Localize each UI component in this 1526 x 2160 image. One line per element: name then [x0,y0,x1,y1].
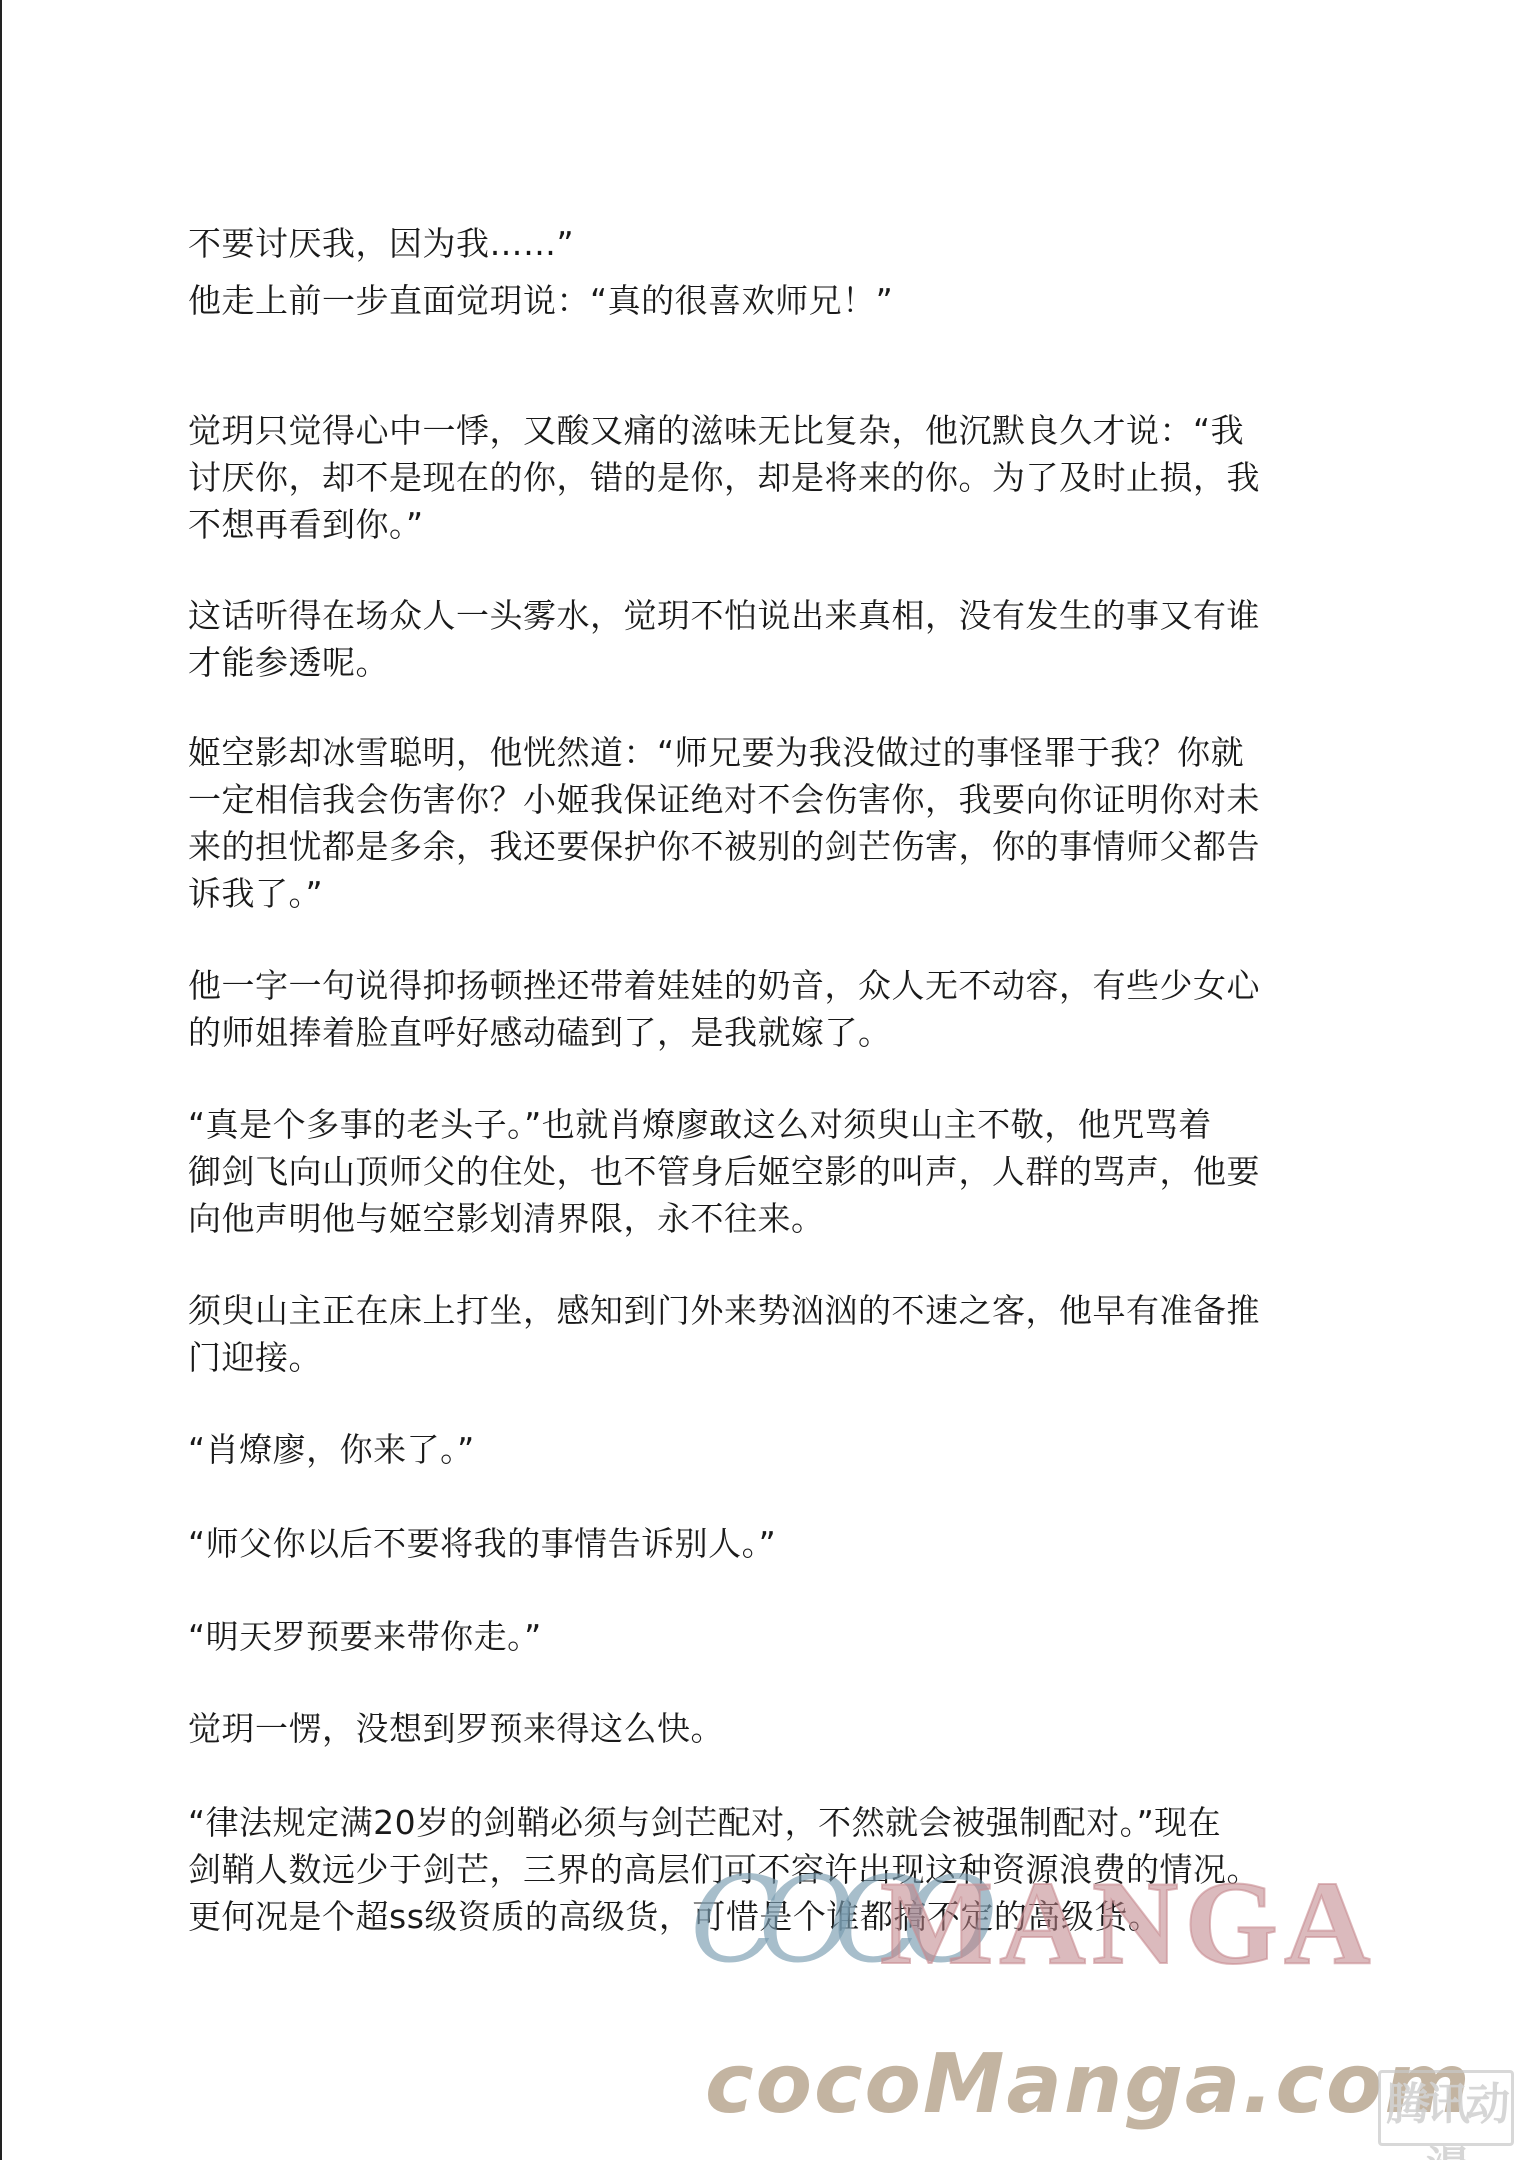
paragraph: 他一字一句说得抑扬顿挫还带着娃娃的奶音，众人无不动容，有些少女心的师姐捧着脸直呼… [188,962,1348,1056]
text-line: 他走上前一步直面觉玥说：“真的很喜欢师兄！” [188,277,1348,324]
text-line: 不要讨厌我，因为我……” [188,220,1348,267]
text-line: “师父你以后不要将我的事情告诉别人。” [188,1520,1348,1567]
site-url-watermark: cocoManga.com [705,2040,1472,2130]
paragraph: 姬空影却冰雪聪明，他恍然道：“师兄要为我没做过的事怪罪于我？你就一定相信我会伤害… [188,729,1348,917]
text-line: 的师姐捧着脸直呼好感动磕到了，是我就嫁了。 [188,1009,1348,1056]
text-line: 剑鞘人数远少于剑芒，三界的高层们可不容许出现这种资源浪费的情况。 [188,1846,1348,1893]
text-line: 来的担忧都是多余，我还要保护你不被别的剑芒伤害，你的事情师父都告 [188,823,1348,870]
text-line: “真是个多事的老头子。”也就肖燎廖敢这么对须臾山主不敬，他咒骂着 [188,1101,1348,1148]
text-line: 御剑飞向山顶师父的住处，也不管身后姬空影的叫声，人群的骂声，他要 [188,1148,1348,1195]
paragraph: 觉玥一愣，没想到罗预来得这么快。 [188,1705,1348,1752]
paragraph: 不要讨厌我，因为我……” [188,220,1348,267]
paragraph: “肖燎廖，你来了。” [188,1426,1348,1473]
text-line: 才能参透呢。 [188,639,1348,686]
paragraph: 须臾山主正在床上打坐，感知到门外来势汹汹的不速之客，他早有准备推门迎接。 [188,1287,1348,1381]
text-line: 向他声明他与姬空影划清界限，永不往来。 [188,1195,1348,1242]
text-line: 不想再看到你。” [188,501,1348,548]
paragraph: 他走上前一步直面觉玥说：“真的很喜欢师兄！” [188,277,1348,324]
text-line: 他一字一句说得抑扬顿挫还带着娃娃的奶音，众人无不动容，有些少女心 [188,962,1348,1009]
paragraph: “律法规定满20岁的剑鞘必须与剑芒配对，不然就会被强制配对。”现在剑鞘人数远少于… [188,1799,1348,1940]
text-line: 讨厌你，却不是现在的你，错的是你，却是将来的你。为了及时止损，我 [188,454,1348,501]
text-line: 诉我了。” [188,870,1348,917]
text-line: 姬空影却冰雪聪明，他恍然道：“师兄要为我没做过的事怪罪于我？你就 [188,729,1348,776]
text-line: 须臾山主正在床上打坐，感知到门外来势汹汹的不速之客，他早有准备推 [188,1287,1348,1334]
text-line: 更何况是个超ss级资质的高级货，可惜是个谁都搞不定的高级货。 [188,1893,1348,1940]
page-left-border [0,0,2,2160]
text-line: “律法规定满20岁的剑鞘必须与剑芒配对，不然就会被强制配对。”现在 [188,1799,1348,1846]
paragraph: “师父你以后不要将我的事情告诉别人。” [188,1520,1348,1567]
text-line: “明天罗预要来带你走。” [188,1613,1348,1660]
paragraph: “明天罗预要来带你走。” [188,1613,1348,1660]
text-line: 觉玥只觉得心中一悸，又酸又痛的滋味无比复杂，他沉默良久才说：“我 [188,407,1348,454]
paragraph: 觉玥只觉得心中一悸，又酸又痛的滋味无比复杂，他沉默良久才说：“我讨厌你，却不是现… [188,407,1348,548]
text-line: 门迎接。 [188,1334,1348,1381]
paragraph: “真是个多事的老头子。”也就肖燎廖敢这么对须臾山主不敬，他咒骂着御剑飞向山顶师父… [188,1101,1348,1242]
text-line: 觉玥一愣，没想到罗预来得这么快。 [188,1705,1348,1752]
paragraph: 这话听得在场众人一头雾水，觉玥不怕说出来真相，没有发生的事又有谁才能参透呢。 [188,592,1348,686]
text-line: “肖燎廖，你来了。” [188,1426,1348,1473]
tencent-comics-logo-icon: 腾讯动漫 [1378,2070,1514,2146]
text-line: 这话听得在场众人一头雾水，觉玥不怕说出来真相，没有发生的事又有谁 [188,592,1348,639]
text-line: 一定相信我会伤害你？小姬我保证绝对不会伤害你，我要向你证明你对未 [188,776,1348,823]
